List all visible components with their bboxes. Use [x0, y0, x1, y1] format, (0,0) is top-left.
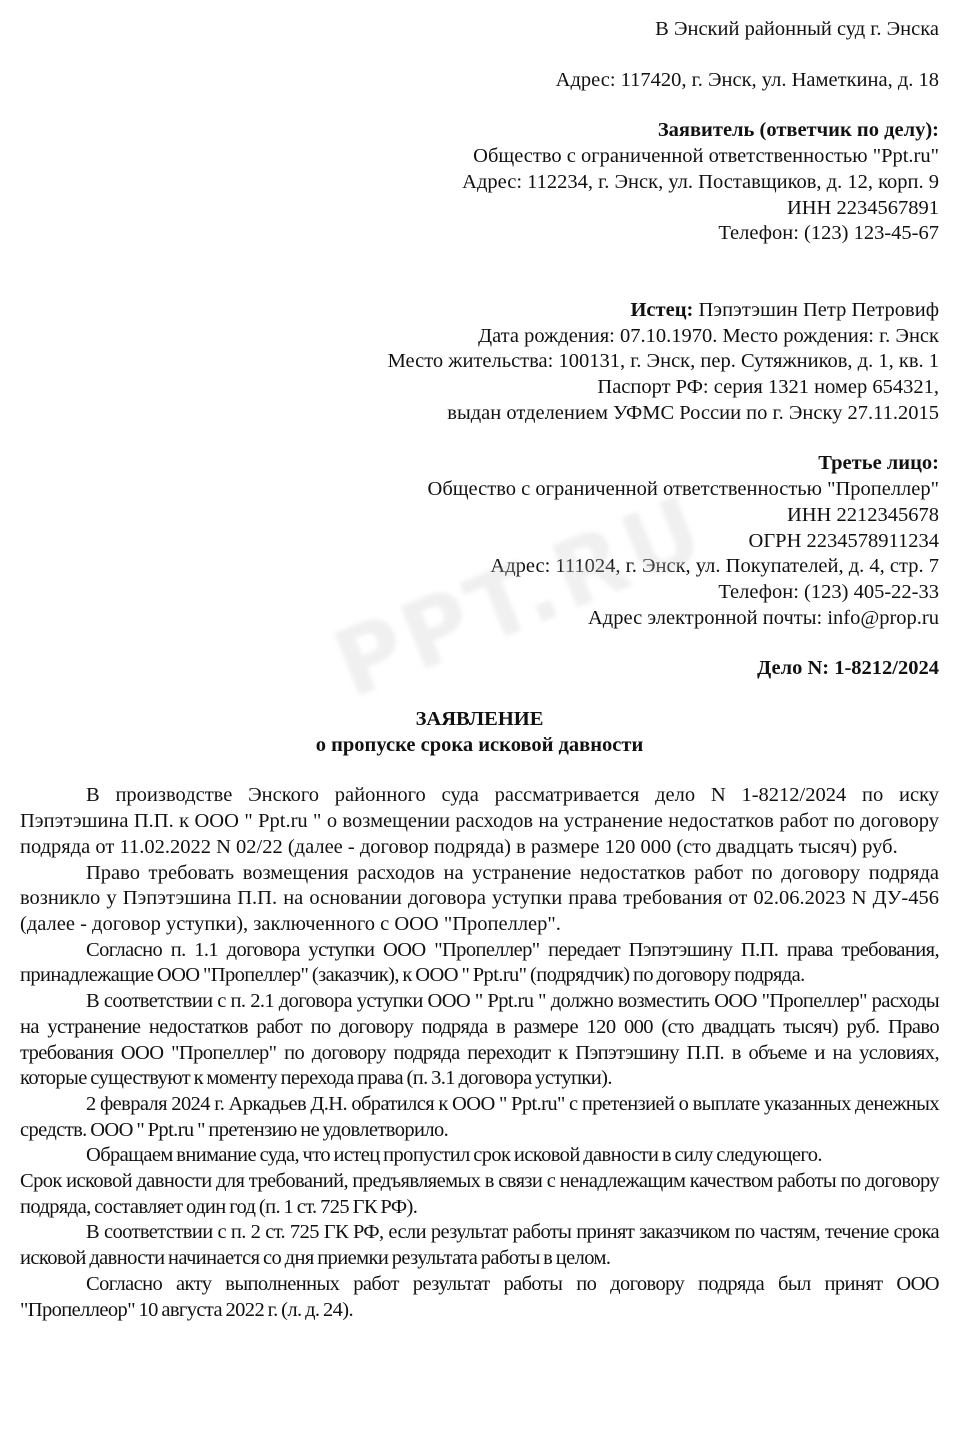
paragraph: 2 февраля 2024 г. Аркадьев Д.Н. обратилс… — [20, 1092, 939, 1143]
case-number: Дело N: 1-8212/2024 — [20, 656, 939, 682]
third-party-address: Адрес: 111024, г. Энск, ул. Покупателей,… — [20, 554, 939, 580]
paragraph: Обращаем внимание суда, что истец пропус… — [20, 1143, 939, 1169]
title-line-2: о пропуске срока исковой давности — [20, 733, 939, 759]
paragraph: В производстве Энского районного суда ра… — [20, 783, 939, 860]
plaintiff-passport-issued: выдан отделением УФМС России по г. Энску… — [20, 401, 939, 427]
third-party-inn: ИНН 2212345678 — [20, 503, 939, 529]
applicant-phone: Телефон: (123) 123-45-67 — [20, 221, 939, 247]
plaintiff-name-line: Истец: Пэпэтэшин Петр Петровиф — [20, 298, 939, 324]
paragraph: В соответствии с п. 2 ст. 725 ГК РФ, есл… — [20, 1220, 939, 1271]
paragraph: Срок исковой давности для требований, пр… — [20, 1169, 939, 1220]
plaintiff-label: Истец: — [630, 299, 693, 321]
paragraph: Согласно п. 1.1 договора уступки ООО "Пр… — [20, 938, 939, 989]
third-party-block: Третье лицо: Общество с ограниченной отв… — [20, 451, 939, 631]
court-address: Адрес: 117420, г. Энск, ул. Наметкина, д… — [20, 68, 939, 94]
applicant-block: Заявитель (ответчик по делу): Общество с… — [20, 118, 939, 247]
title-line-1: ЗАЯВЛЕНИЕ — [20, 707, 939, 733]
document-body: В производстве Энского районного суда ра… — [20, 783, 939, 1323]
plaintiff-block: Истец: Пэпэтэшин Петр Петровиф Дата рожд… — [20, 298, 939, 427]
document-page: В Энский районный суд г. Энска Адрес: 11… — [20, 0, 939, 1323]
plaintiff-birth: Дата рождения: 07.10.1970. Место рождени… — [20, 324, 939, 350]
plaintiff-name: Пэпэтэшин Петр Петровиф — [693, 299, 939, 321]
applicant-inn: ИНН 2234567891 — [20, 196, 939, 222]
plaintiff-passport: Паспорт РФ: серия 1321 номер 654321, — [20, 375, 939, 401]
plaintiff-residence: Место жительства: 100131, г. Энск, пер. … — [20, 349, 939, 375]
third-party-name: Общество с ограниченной ответственностью… — [20, 477, 939, 503]
third-party-phone: Телефон: (123) 405-22-33 — [20, 580, 939, 606]
third-party-ogrn: ОГРН 2234578911234 — [20, 529, 939, 555]
paragraph: В соответствии с п. 2.1 договора уступки… — [20, 989, 939, 1092]
applicant-name: Общество с ограниченной ответственностью… — [20, 144, 939, 170]
document-title: ЗАЯВЛЕНИЕ о пропуске срока исковой давно… — [20, 707, 939, 758]
paragraph: Согласно акту выполненных работ результа… — [20, 1272, 939, 1323]
third-party-email: Адрес электронной почты: info@prop.ru — [20, 606, 939, 632]
court-name: В Энский районный суд г. Энска — [20, 0, 939, 43]
applicant-label: Заявитель (ответчик по делу): — [20, 118, 939, 144]
third-party-label: Третье лицо: — [20, 451, 939, 477]
applicant-address: Адрес: 112234, г. Энск, ул. Поставщиков,… — [20, 170, 939, 196]
paragraph: Право требовать возмещения расходов на у… — [20, 861, 939, 938]
